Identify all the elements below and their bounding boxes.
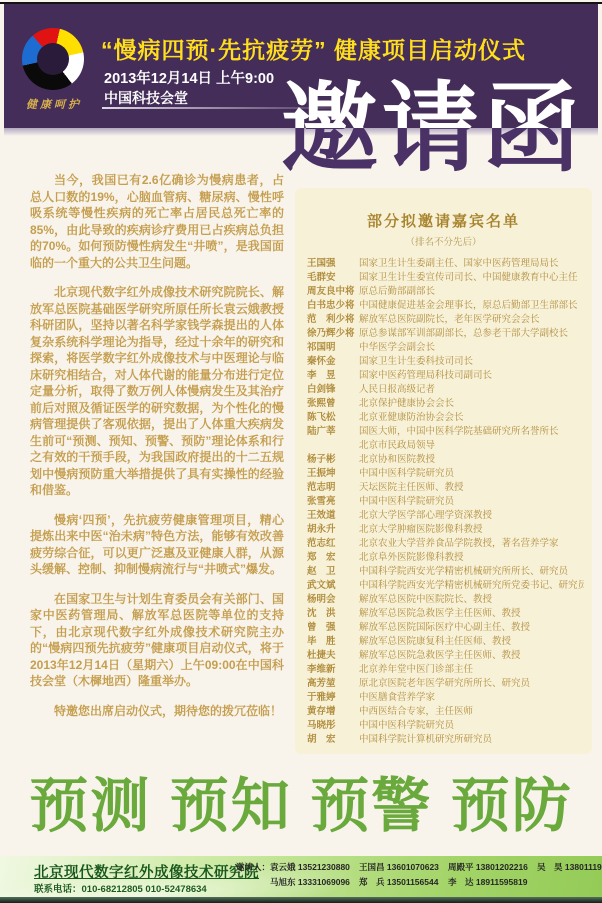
inviter-phone: 13331069096 (298, 877, 350, 887)
poster-header: 健康呵护 “慢病四预·先抗疲劳” 健康项目启动仪式 2013年12月14日 上午… (4, 4, 598, 128)
event-datetime: 2013年12月14日 上午9:00 (104, 67, 274, 88)
letter-paragraph: 特邀您出席启动仪式，期待您的拨冗莅临！ (30, 703, 284, 720)
guest-name: 王效道 (307, 509, 359, 523)
guest-row: 陆广莘 国医大师，中国中医科学院基础研究所名誉所长 (307, 425, 584, 439)
guest-name: 王振坤 (307, 467, 359, 481)
invitation-letter-body: 当今，我国已有2.6亿确诊为慢病患者，占总人口数的19%，心脑血管病、糖尿病、慢… (30, 172, 284, 732)
guest-row: 武文斌 中国科学院西安光学精密机械研究所党委书记、研究员 (307, 579, 584, 593)
guest-row: 李维新 北京养年堂中医门诊部主任 (307, 663, 584, 677)
guest-row: 李 昱 国家中医药管理局科技司副司长 (307, 369, 584, 383)
guest-row: 于雅婷 中医膳食营养学家 (307, 691, 584, 705)
guest-row: 范 利少将 解放军总医院副院长，老年医学研究会会长 (307, 313, 584, 327)
inviter-item: 王国昌 13601070623 (359, 860, 445, 875)
guest-name: 沈 洪 (307, 607, 359, 621)
guest-name: 王国强 (307, 257, 359, 271)
inviter-name: 李 达 (448, 877, 474, 887)
letter-paragraph: 北京现代数字红外成像技术研究院院长、解放军总医院基础医学研究所原任所长袁云娥教授… (30, 284, 284, 499)
guest-name: 范志红 (307, 537, 359, 551)
guest-title-text: 北京养年堂中医门诊部主任 (359, 663, 584, 677)
event-title: “慢病四预·先抗疲劳” 健康项目启动仪式 (101, 32, 526, 65)
guest-title-text: 北京阜外医院影像科教授 (359, 551, 584, 565)
guest-list: 王国强 国家卫生计生委副主任、国家中医药管理局局长 毛群安 国家卫生计生委宣传司… (307, 257, 584, 747)
guest-row: 张雪亮 中国中医科学院研究员 (307, 495, 584, 509)
guest-title-text: 原北京医院老年医学研究所所长、研究员 (359, 677, 584, 691)
guest-name: 李 昱 (307, 369, 359, 383)
inviter-name: 袁云娥 (270, 862, 296, 872)
inviter-name: 吴 昊 (537, 862, 563, 872)
invitation-word-bottom: 邀请函 (281, 128, 584, 177)
guest-row: 曾 强 解放军总医院国际医疗中心副主任、教授 (307, 621, 584, 635)
guest-name: 赵 卫 (307, 565, 359, 579)
guest-title-text: 解放军总医院康复科主任医师、教授 (359, 635, 584, 649)
inviter-phone: 13521230880 (298, 862, 350, 872)
guest-title-text: 北京市民政局领导 (359, 439, 584, 453)
guest-name: 张雪亮 (307, 495, 359, 509)
guest-title-text: 中国中医科学院研究员 (359, 719, 584, 733)
organizer-name: 北京现代数字红外成像技术研究院 (34, 861, 259, 882)
guest-row: 杜捷夫 解放军总医院急救医学主任医师、教授 (307, 649, 584, 663)
inviter-phone: 13601070623 (387, 862, 439, 872)
phone-label: 联系电话： (34, 884, 82, 895)
four-prevention-slogan: 预测 预知 预警 预防 (0, 768, 602, 845)
guest-title-text: 中医膳食营养学家 (359, 691, 584, 705)
guest-row: 白剑锋 人民日报高级记者 (307, 383, 584, 397)
guest-row: 黄存增 中西医结合专家，主任医师 (307, 705, 584, 719)
guest-title-text: 解放军总医院国际医疗中心副主任、教授 (359, 621, 584, 635)
guest-name: 毕 胜 (307, 635, 359, 649)
guest-row: 杨明会 解放军总医院中医院院长、教授 (307, 593, 584, 607)
guest-title-text: 北京农业大学营养食品学院教授，著名营养学家 (359, 537, 584, 551)
guest-name: 周友良中将 (307, 285, 359, 299)
inviter-item: 李 达 18911595819 (448, 875, 534, 890)
guest-title-text: 中国中医科学院研究员 (359, 467, 584, 481)
guest-name: 白书忠少将 (307, 299, 359, 313)
guest-title-text: 北京大学医学部心理学资深教授 (359, 509, 584, 523)
slogan-word: 预知 (170, 768, 292, 845)
guest-name: 胡永升 (307, 523, 359, 537)
guest-title-text: 原总后勤部副部长 (359, 285, 584, 299)
letter-paragraph: 在国家卫生与计划生育委员会有关部门、国家中医药管理局、解放军总医院等单位的支持下… (30, 591, 284, 690)
guest-row: 沈 洪 解放军总医院急救医学主任医师、教授 (307, 607, 584, 621)
inviter-phone: 18911595819 (476, 877, 528, 887)
guest-name: 于雅婷 (307, 691, 359, 705)
guest-row: 胡永升 北京大学肿瘤医院影像科教授 (307, 523, 584, 537)
slogan-word: 预防 (451, 768, 573, 845)
guest-name: 陆广莘 (307, 425, 359, 439)
guest-panel-subtitle: （排名不分先后） (295, 234, 592, 248)
inviter-name: 王国昌 (359, 862, 385, 872)
guest-name: 高芳堃 (307, 677, 359, 691)
guest-row: 祁国明 中华医学会副会长 (307, 341, 584, 355)
guest-row: 北京市民政局领导 (307, 439, 584, 453)
guest-list-panel: 部分拟邀请嘉宾名单 （排名不分先后） 王国强 国家卫生计生委副主任、国家中医药管… (295, 188, 592, 754)
guest-name: 祁国明 (307, 341, 359, 355)
invitation-word-bottom-wrap: 邀请函 (4, 128, 598, 186)
guest-title-text: 中国科学院计算机研究所研究员 (359, 733, 584, 747)
guest-title-text: 解放军总医院副院长，老年医学研究会会长 (359, 313, 584, 327)
guest-name: 毛群安 (307, 271, 359, 285)
guest-title-text: 中国科学院西安光学精密机械研究所所长、研究员 (359, 565, 584, 579)
logo-center-hole (37, 43, 69, 75)
slogan-word: 预测 (29, 768, 151, 845)
guest-name: 白剑锋 (307, 383, 359, 397)
inviter-phone: 13801202216 (476, 862, 528, 872)
guest-title-text: 中国中医科学院研究员 (359, 495, 584, 509)
guest-name: 杜捷夫 (307, 649, 359, 663)
guest-name: 曾 强 (307, 621, 359, 635)
bottom-frame-strip (0, 897, 602, 903)
guest-title-text: 解放军总医院急救医学主任医师、教授 (359, 607, 584, 621)
guest-title-text: 原总参谋部军训部副部长，总参老干部大学副校长 (359, 327, 584, 341)
guest-row: 秦怀金 国家卫生计生委科技司司长 (307, 355, 584, 369)
inviter-name: 周殿平 (448, 862, 474, 872)
guest-title-text: 北京协和医院教授 (359, 453, 584, 467)
inviter-item: 袁云娥 13521230880 (270, 860, 356, 875)
guest-name: 杨子彬 (307, 453, 359, 467)
guest-row: 郑 宏 北京阜外医院影像科教授 (307, 551, 584, 565)
invitation-word-top: 邀请函 (281, 80, 584, 128)
inviter-item: 吴 昊 13801119351 (537, 860, 602, 875)
guest-row: 毛群安 国家卫生计生委宣传司司长、中国健康教育中心主任 (307, 271, 584, 285)
guest-title-text: 解放军总医院中医院院长、教授 (359, 593, 584, 607)
guest-title-text: 解放军总医院急救医学主任医师、教授 (359, 649, 584, 663)
contact-phones: 联系电话：010-68212805 010-52478634 (34, 881, 207, 895)
guest-name: 李维新 (307, 663, 359, 677)
guest-name: 徐乃辉少将 (307, 327, 359, 341)
guest-title-text: 北京保护健康协会会长 (359, 397, 584, 411)
guest-row: 胡 宏 中国科学院计算机研究所研究员 (307, 733, 584, 747)
guest-panel-title: 部分拟邀请嘉宾名单 (295, 188, 592, 231)
guest-title-text: 中西医结合专家，主任医师 (359, 705, 584, 719)
guest-row: 王国强 国家卫生计生委副主任、国家中医药管理局局长 (307, 257, 584, 271)
guest-title-text: 国家卫生计生委科技司司长 (359, 355, 584, 369)
guest-title-text: 中国科学院西安光学精密机械研究所党委书记、研究员 (359, 579, 584, 593)
guest-name: 张熙曾 (307, 397, 359, 411)
guest-title-text: 国家卫生计生委副主任、国家中医药管理局局长 (359, 257, 584, 271)
inviter-name: 郑 兵 (359, 877, 385, 887)
guest-row: 周友良中将 原总后勤部副部长 (307, 285, 584, 299)
inviter-item: 郑 兵 13501156544 (359, 875, 445, 890)
guest-title-text: 中华医学会副会长 (359, 341, 584, 355)
inviter-list: 袁云娥 13521230880 王国昌 13601070623 周殿平 1380… (270, 860, 602, 890)
guest-row: 杨子彬 北京协和医院教授 (307, 453, 584, 467)
guest-row: 范志明 天坛医院主任医师、教授 (307, 481, 584, 495)
guest-row: 毕 胜 解放军总医院康复科主任医师、教授 (307, 635, 584, 649)
inviter-block: 邀请人： 袁云娥 13521230880 王国昌 13601070623 周殿平… (236, 860, 602, 890)
letter-paragraph: 当今，我国已有2.6亿确诊为慢病患者，占总人口数的19%，心脑血管病、糖尿病、慢… (30, 172, 284, 271)
guest-name: 黄存增 (307, 705, 359, 719)
guest-row: 陈飞松 北京亚健康防治协会会长 (307, 411, 584, 425)
guest-name (307, 439, 359, 453)
guest-title-text: 北京亚健康防治协会会长 (359, 411, 584, 425)
health-care-logo-icon (22, 28, 84, 90)
guest-name: 武文斌 (307, 579, 359, 593)
guest-row: 徐乃辉少将 原总参谋部军训部副部长，总参老干部大学副校长 (307, 327, 584, 341)
guest-row: 马晓彤 中国中医科学院研究员 (307, 719, 584, 733)
guest-row: 白书忠少将 中国健康促进基金会理事长，原总后勤部卫生部部长 (307, 299, 584, 313)
guest-name: 陈飞松 (307, 411, 359, 425)
guest-title-text: 国家卫生计生委宣传司司长、中国健康教育中心主任 (359, 271, 584, 285)
phone-numbers: 010-68212805 010-52478634 (82, 884, 207, 895)
footer-bar: 北京现代数字红外成像技术研究院 联系电话：010-68212805 010-52… (0, 856, 602, 897)
guest-row: 高芳堃 原北京医院老年医学研究所所长、研究员 (307, 677, 584, 691)
inviter-phone: 13501156544 (387, 877, 439, 887)
event-venue: 中国科技会堂 (104, 88, 188, 108)
guest-row: 范志红 北京农业大学营养食品学院教授，著名营养学家 (307, 537, 584, 551)
inviter-label: 邀请人： (236, 860, 270, 890)
guest-name: 范志明 (307, 481, 359, 495)
guest-name: 秦怀金 (307, 355, 359, 369)
guest-title-text: 国医大师，中国中医科学院基础研究所名誉所长 (359, 425, 584, 439)
guest-name: 马晓彤 (307, 719, 359, 733)
guest-title-text: 国家中医药管理局科技司副司长 (359, 369, 584, 383)
guest-row: 张熙曾 北京保护健康协会会长 (307, 397, 584, 411)
inviter-item: 马旭东 13331069096 (270, 875, 356, 890)
guest-row: 王振坤 中国中医科学院研究员 (307, 467, 584, 481)
guest-title-text: 北京大学肿瘤医院影像科教授 (359, 523, 584, 537)
guest-name: 范 利少将 (307, 313, 359, 327)
slogan-word: 预警 (310, 768, 432, 845)
guest-title-text: 中国健康促进基金会理事长，原总后勤部卫生部部长 (359, 299, 584, 313)
logo-caption: 健康呵护 (16, 96, 92, 112)
guest-title-text: 人民日报高级记者 (359, 383, 584, 397)
inviter-item: 周殿平 13801202216 (448, 860, 534, 875)
guest-name: 杨明会 (307, 593, 359, 607)
guest-name: 胡 宏 (307, 733, 359, 747)
guest-row: 赵 卫 中国科学院西安光学精密机械研究所所长、研究员 (307, 565, 584, 579)
guest-row: 王效道 北京大学医学部心理学资深教授 (307, 509, 584, 523)
invitation-poster: 健康呵护 “慢病四预·先抗疲劳” 健康项目启动仪式 2013年12月14日 上午… (0, 0, 602, 903)
inviter-phone: 13801119351 (565, 862, 602, 872)
inviter-name: 马旭东 (270, 877, 296, 887)
guest-title-text: 天坛医院主任医师、教授 (359, 481, 584, 495)
guest-name: 郑 宏 (307, 551, 359, 565)
letter-paragraph: 慢病‘四预’，先抗疲劳健康管理项目，精心提炼出来中医“治未病”特色方法，能够有效… (30, 512, 284, 578)
